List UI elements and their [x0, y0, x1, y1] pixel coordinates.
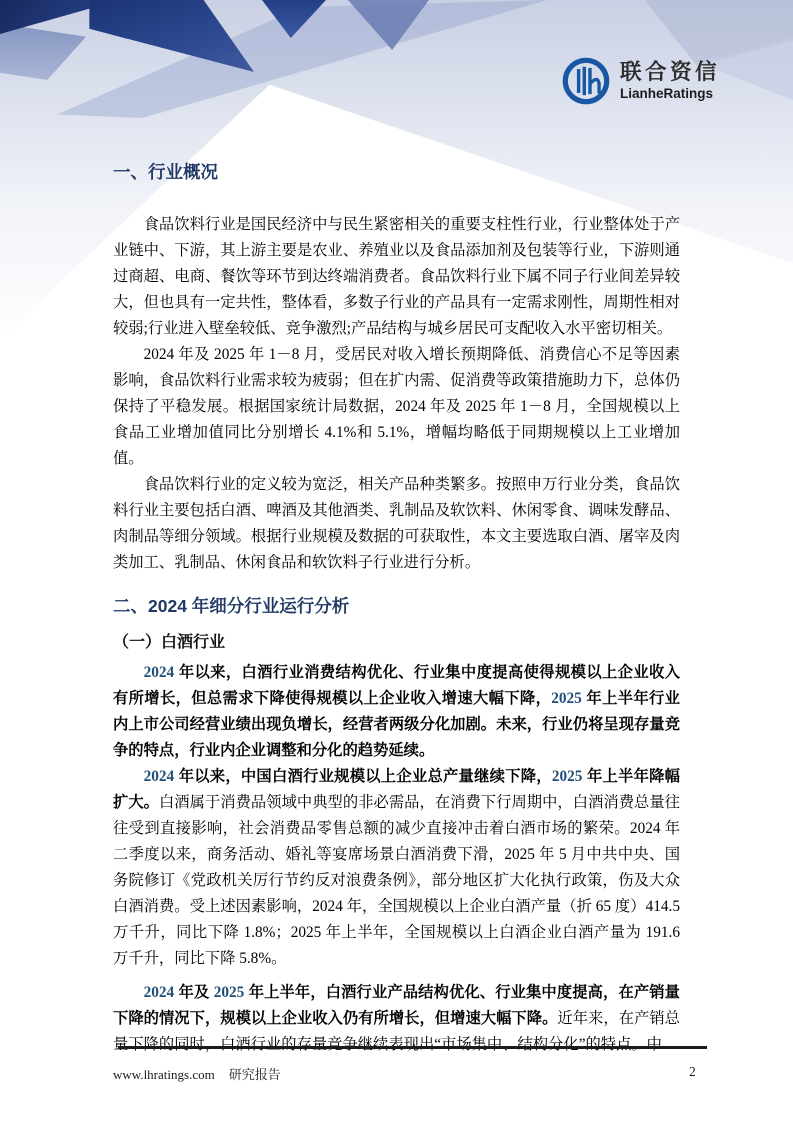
- content: 一、行业概况食品饮料行业是国民经济中与民生紧密相关的重要支柱性行业，行业整体处于…: [113, 160, 680, 1058]
- paragraph: 2024 年以来，中国白酒行业规模以上企业总产量继续下降，2025 年上半年降幅…: [113, 764, 680, 972]
- report-page: 联合资信 LianheRatings 一、行业概况食品饮料行业是国民经济中与民生…: [0, 0, 793, 1122]
- logo-text: 联合资信 LianheRatings: [620, 62, 720, 101]
- footer-info: www.lhratings.com研究报告: [113, 1064, 281, 1083]
- paragraph: 食品饮料行业是国民经济中与民生紧密相关的重要支柱性行业，行业整体处于产业链中、下…: [113, 212, 680, 342]
- lianhe-logo-icon: [561, 56, 611, 106]
- section-heading: 二、2024 年细分行业运行分析: [113, 594, 680, 618]
- section-heading: （一）白酒行业: [113, 632, 680, 654]
- footer-report-label: 研究报告: [229, 1067, 281, 1082]
- logo-english-name: LianheRatings: [620, 87, 720, 101]
- page-number: 2: [689, 1064, 696, 1080]
- paragraph: 2024 年以来，白酒行业消费结构优化、行业集中度提高使得规模以上企业收入有所增…: [113, 660, 680, 764]
- paragraph: 2024 年及 2025 年 1－8 月，受居民对收入增长预期降低、消费信心不足…: [113, 342, 680, 472]
- lianhe-ratings-logo: 联合资信 LianheRatings: [561, 56, 720, 106]
- footer-divider: [118, 1046, 707, 1049]
- footer-website-link[interactable]: www.lhratings.com: [113, 1067, 215, 1082]
- paragraph: 食品饮料行业的定义较为宽泛，相关产品种类繁多。按照申万行业分类，食品饮料行业主要…: [113, 472, 680, 576]
- section-heading: 一、行业概况: [113, 160, 680, 184]
- logo-chinese-name: 联合资信: [620, 62, 720, 84]
- dark-parallelogram-shape: [86, 0, 254, 72]
